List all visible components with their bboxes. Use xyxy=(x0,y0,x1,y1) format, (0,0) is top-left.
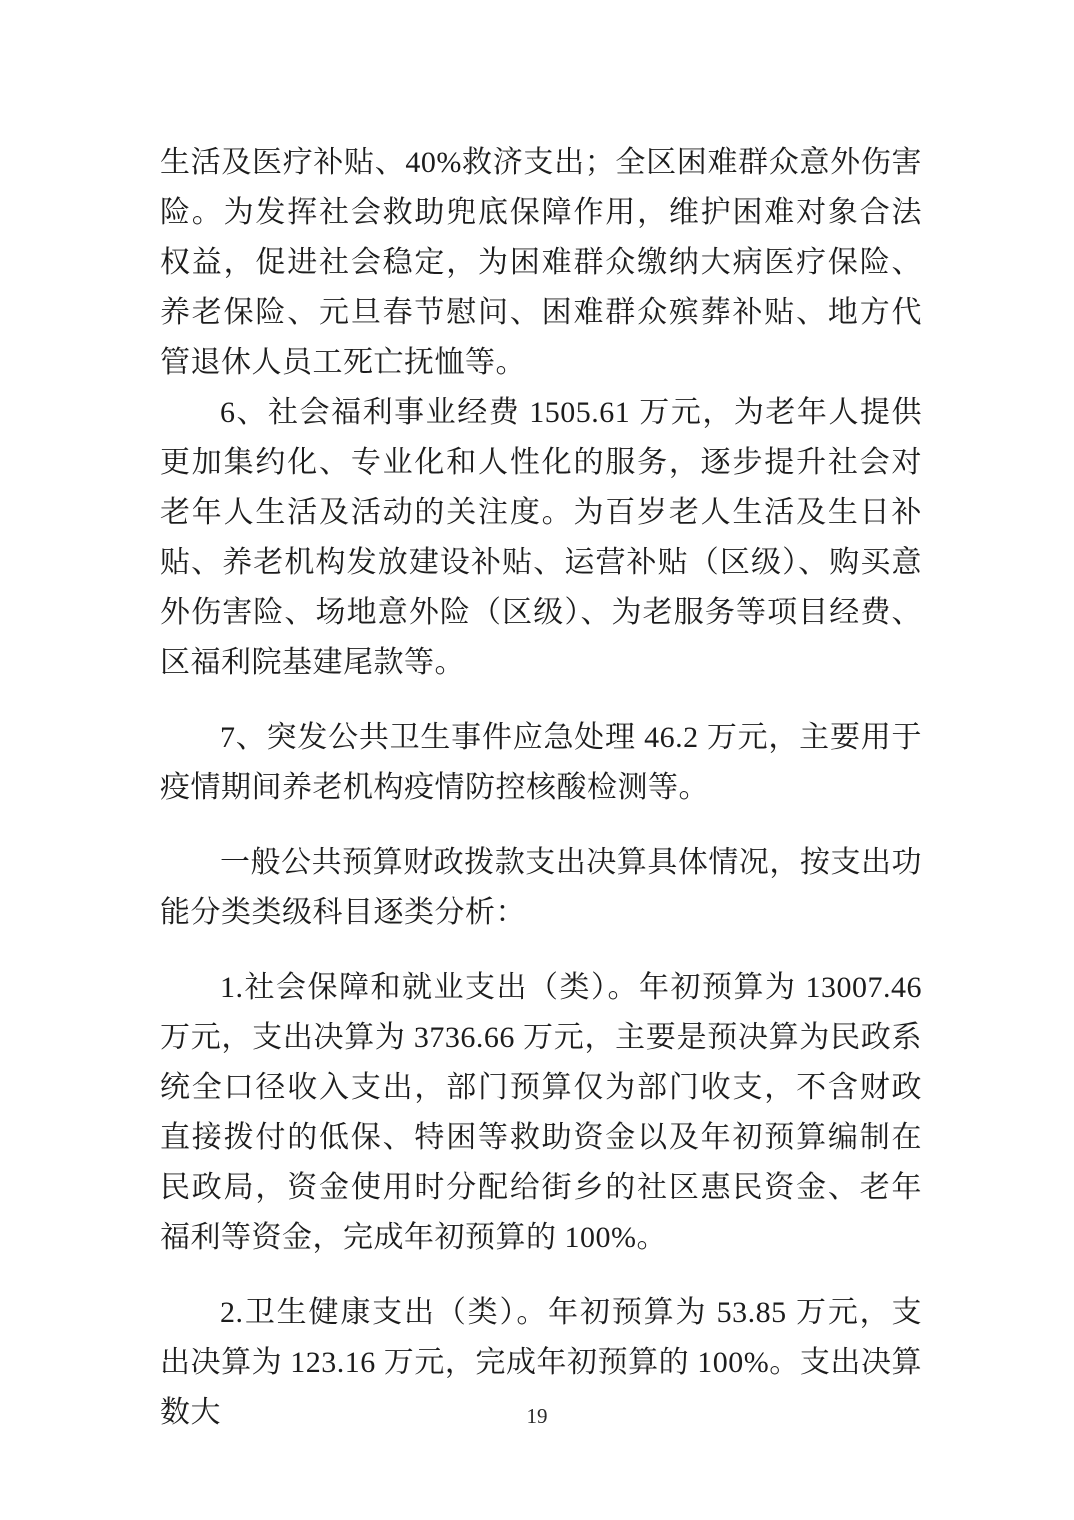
page-footer: 19 xyxy=(0,1404,1074,1429)
paragraph-analysis-intro: 一般公共预算财政拨款支出决算具体情况，按支出功能分类类级科目逐类分析： xyxy=(160,838,922,938)
paragraph-item-7: 7、突发公共卫生事件应急处理 46.2 万元，主要用于疫情期间养老机构疫情防控核… xyxy=(160,713,922,813)
paragraph-continuation: 生活及医疗补贴、40%救济支出；全区困难群众意外伤害险。为发挥社会救助兜底保障作… xyxy=(160,138,922,388)
paragraph-class-1-social-security: 1.社会保障和就业支出（类）。年初预算为 13007.46 万元，支出决算为 3… xyxy=(160,963,922,1263)
document-body: 生活及医疗补贴、40%救济支出；全区困难群众意外伤害险。为发挥社会救助兜底保障作… xyxy=(160,138,922,1438)
paragraph-item-6: 6、社会福利事业经费 1505.61 万元，为老年人提供更加集约化、专业化和人性… xyxy=(160,388,922,688)
page-number: 19 xyxy=(527,1404,548,1428)
document-page: 生活及医疗补贴、40%救济支出；全区困难群众意外伤害险。为发挥社会救助兜底保障作… xyxy=(0,0,1074,1520)
